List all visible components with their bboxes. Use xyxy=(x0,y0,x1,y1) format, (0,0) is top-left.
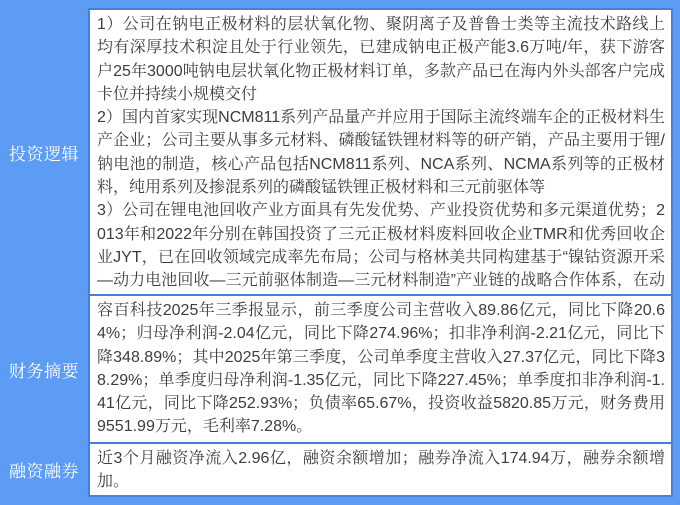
financial-summary-content: 容百科技2025年三季报显示，前三季度公司主营收入89.86亿元，同比下降20.… xyxy=(88,294,673,444)
margin-trading-label: 融资融券 xyxy=(0,442,88,497)
investment-logic-item-1: 1）公司在钠电正极材料的层状氧化物、聚阴离子及普鲁士类等主流技术路线上均有深厚技… xyxy=(97,13,665,106)
row-investment-logic: 投资逻辑 1）公司在钠电正极材料的层状氧化物、聚阴离子及普鲁士类等主流技术路线上… xyxy=(0,8,673,296)
panel-rows: 投资逻辑 1）公司在钠电正极材料的层状氧化物、聚阴离子及普鲁士类等主流技术路线上… xyxy=(0,8,673,497)
investment-logic-content: 1）公司在钠电正极材料的层状氧化物、聚阴离子及普鲁士类等主流技术路线上均有深厚技… xyxy=(88,8,673,296)
investment-logic-label: 投资逻辑 xyxy=(0,8,88,296)
stock-analysis-panel: 投资逻辑 1）公司在钠电正极材料的层状氧化物、聚阴离子及普鲁士类等主流技术路线上… xyxy=(0,0,680,505)
investment-logic-item-3: 3）公司在锂电池回收产业方面具有先发优势、产业投资优势和多元渠道优势；2013年… xyxy=(97,199,665,296)
margin-trading-content: 近3个月融资净流入2.96亿，融资余额增加；融券净流入174.94万，融券余额增… xyxy=(88,442,673,497)
row-margin-trading: 融资融券 近3个月融资净流入2.96亿，融资余额增加；融券净流入174.94万，… xyxy=(0,442,673,497)
row-financial-summary: 财务摘要 容百科技2025年三季报显示，前三季度公司主营收入89.86亿元，同比… xyxy=(0,294,673,444)
financial-summary-label: 财务摘要 xyxy=(0,294,88,444)
margin-trading-text: 近3个月融资净流入2.96亿，融资余额增加；融券净流入174.94万，融券余额增… xyxy=(97,447,665,494)
investment-logic-item-2: 2）国内首家实现NCM811系列产品量产并应用于国际主流终端车企的正极材料生产企… xyxy=(97,106,665,199)
financial-summary-text: 容百科技2025年三季报显示，前三季度公司主营收入89.86亿元，同比下降20.… xyxy=(97,299,665,439)
